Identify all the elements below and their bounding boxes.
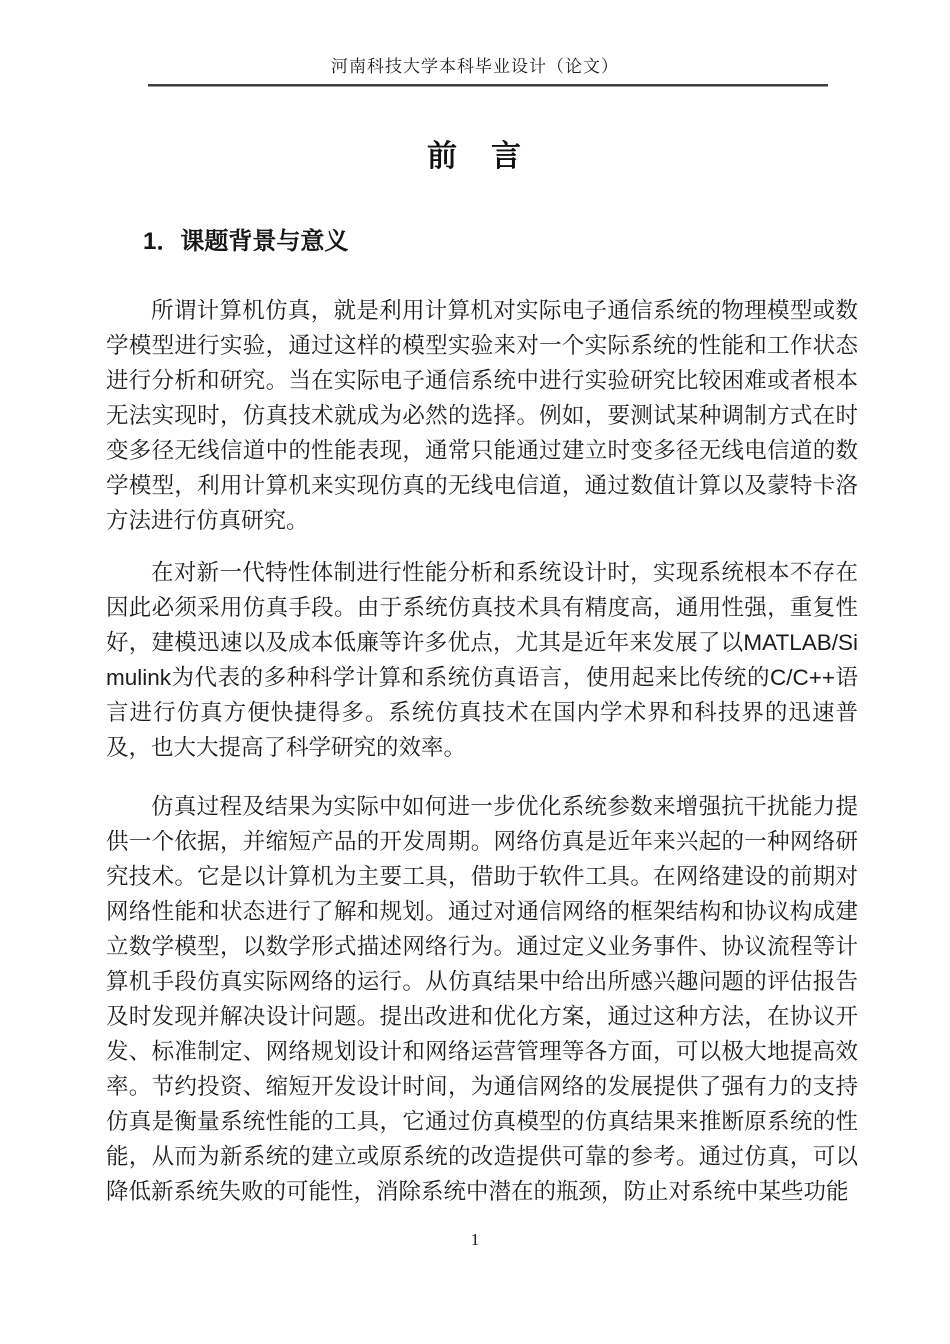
- document-title: 前 言: [0, 137, 950, 177]
- section-heading: 1．课题背景与意义: [143, 227, 858, 257]
- document-page: 河南科技大学本科毕业设计（论文） 前 言 1．课题背景与意义 所谓计算机仿真，就…: [0, 0, 950, 1344]
- page-number: 1: [0, 1229, 950, 1251]
- document-body: 1．课题背景与意义 所谓计算机仿真，就是利用计算机对实际电子通信系统的物理模型或…: [106, 227, 858, 1209]
- header-divider: [148, 84, 828, 87]
- paragraph-3: 仿真过程及结果为实际中如何进一步优化系统参数来增强抗干扰能力提供一个依据，并缩短…: [106, 789, 858, 1209]
- page-header: 河南科技大学本科毕业设计（论文）: [0, 0, 950, 87]
- page-footer: 1: [0, 1229, 950, 1251]
- paragraph-2: 在对新一代特性体制进行性能分析和系统设计时，实现系统根本不存在因此必须采用仿真手…: [106, 555, 858, 765]
- header-title: 河南科技大学本科毕业设计（论文）: [0, 0, 950, 78]
- paragraph-1: 所谓计算机仿真，就是利用计算机对实际电子通信系统的物理模型或数学模型进行实验，通…: [106, 293, 858, 538]
